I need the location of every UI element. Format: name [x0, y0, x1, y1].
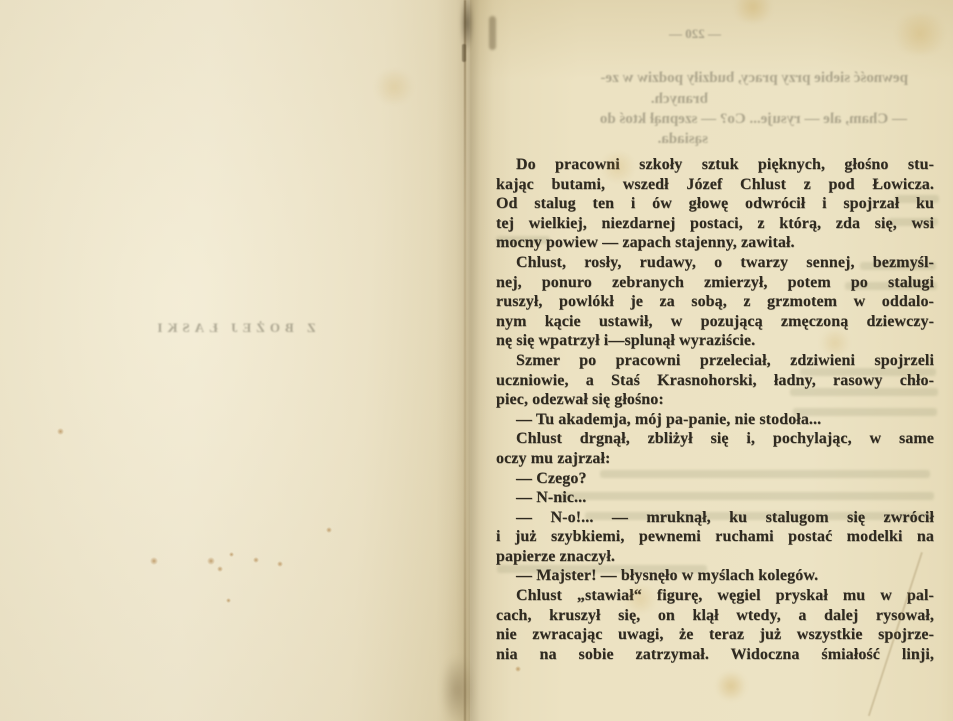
- text-line: Szmer po pracowni przeleciał, zdziwieni …: [496, 351, 934, 371]
- text-line: — N-nic...: [496, 488, 934, 508]
- text-line: mocny powiew — zapach stajenny, zawitał.: [496, 233, 934, 253]
- text-line: Od stalug ten i ów głowę odwrócił i spoj…: [496, 194, 934, 214]
- text-line: — Majster! — błysnęło w myślach kolegów.: [496, 566, 934, 586]
- text-line: papierze znaczył.: [496, 547, 934, 567]
- foxing-spot: [150, 557, 158, 565]
- stain: [714, 672, 748, 700]
- bleedthrough-title: Z BOŻEJ ŁASKI: [128, 320, 340, 336]
- text-line: — Tu akademja, mój pa-panie, nie stodoła…: [496, 410, 934, 430]
- bleedthrough-line: pewność siebie przy pracy, budziły podzi…: [500, 70, 908, 87]
- text-line: nia na sobie zatrzymał. Widoczna śmiałoś…: [496, 645, 934, 665]
- bleedthrough-line: — Cham, ale — rysuje... Co? — szepnął kt…: [505, 111, 907, 128]
- text-line: nę się wpatrzył i—splunął wyraziście.: [496, 331, 934, 351]
- text-line: Chlust drgnął, zbliżył się i, pochylając…: [496, 429, 934, 449]
- foxing-spot: [277, 561, 283, 567]
- book-scan: Z BOŻEJ ŁASKI — 220 — pewność siebie prz…: [0, 0, 953, 721]
- stain: [372, 70, 416, 104]
- text-line: kając butami, wszedł Józef Chlust z pod …: [496, 175, 934, 195]
- text-line: uczniowie, a Staś Krasnohorski, ładny, r…: [496, 371, 934, 391]
- foxing-spot: [217, 566, 223, 572]
- stain: [818, 330, 852, 356]
- stain: [598, 152, 638, 182]
- text-line: Do pracowni szkoły sztuk pięknych, głośn…: [496, 155, 934, 175]
- text-line: cach, kruszył się, on klął wtedy, a dale…: [496, 606, 934, 626]
- text-line: nej, ponuro zebranych zmierzył, potem po…: [496, 273, 934, 293]
- foxing-spot: [229, 552, 234, 557]
- stain: [620, 586, 660, 612]
- stain: [890, 14, 950, 54]
- foxing-spot: [253, 557, 259, 563]
- page-corner-smear: [489, 16, 496, 50]
- text-line: piec, odezwał się głośno:: [496, 390, 934, 410]
- text-line: i już szybkiemi, pewnemi ruchami postać …: [496, 527, 934, 547]
- left-page: [0, 0, 470, 721]
- foxing-spot: [57, 428, 64, 435]
- text-block: Do pracowni szkoły sztuk pięknych, głośn…: [496, 155, 934, 664]
- gutter-crease: [464, 0, 466, 721]
- text-line: nie zwracając uwagi, że teraz już wszyst…: [496, 625, 934, 645]
- bleedthrough-line: branych.: [638, 91, 708, 108]
- text-line: — N-o!... — mruknął, ku stalugom się zwr…: [496, 508, 934, 528]
- gutter-shadow-bottom: [440, 655, 474, 721]
- text-line: Chlust „stawiał“ figurę, węgiel pryskał …: [496, 586, 934, 606]
- text-line: nym kącie ustawił, w pozującą zmęczoną d…: [496, 312, 934, 332]
- text-line: Chlust, rosły, rudawy, o twarzy sennej, …: [496, 253, 934, 273]
- foxing-spot: [326, 527, 332, 533]
- bleedthrough-page-number: — 220 —: [650, 26, 740, 42]
- foxing-spot: [207, 557, 215, 565]
- foxing-spot: [226, 598, 231, 603]
- text-line: oczy mu zajrzał:: [496, 449, 934, 469]
- gutter-ink-mark: [462, 44, 466, 62]
- text-line: — Czego?: [496, 469, 934, 489]
- foxing-spot: [515, 666, 521, 672]
- bleedthrough-line: sąsiada.: [638, 131, 708, 148]
- text-line: tej wielkiej, niezdarnej postaci, z któr…: [496, 214, 934, 234]
- text-line: ruszył, powlókł je za sobą, z grzmotem w…: [496, 292, 934, 312]
